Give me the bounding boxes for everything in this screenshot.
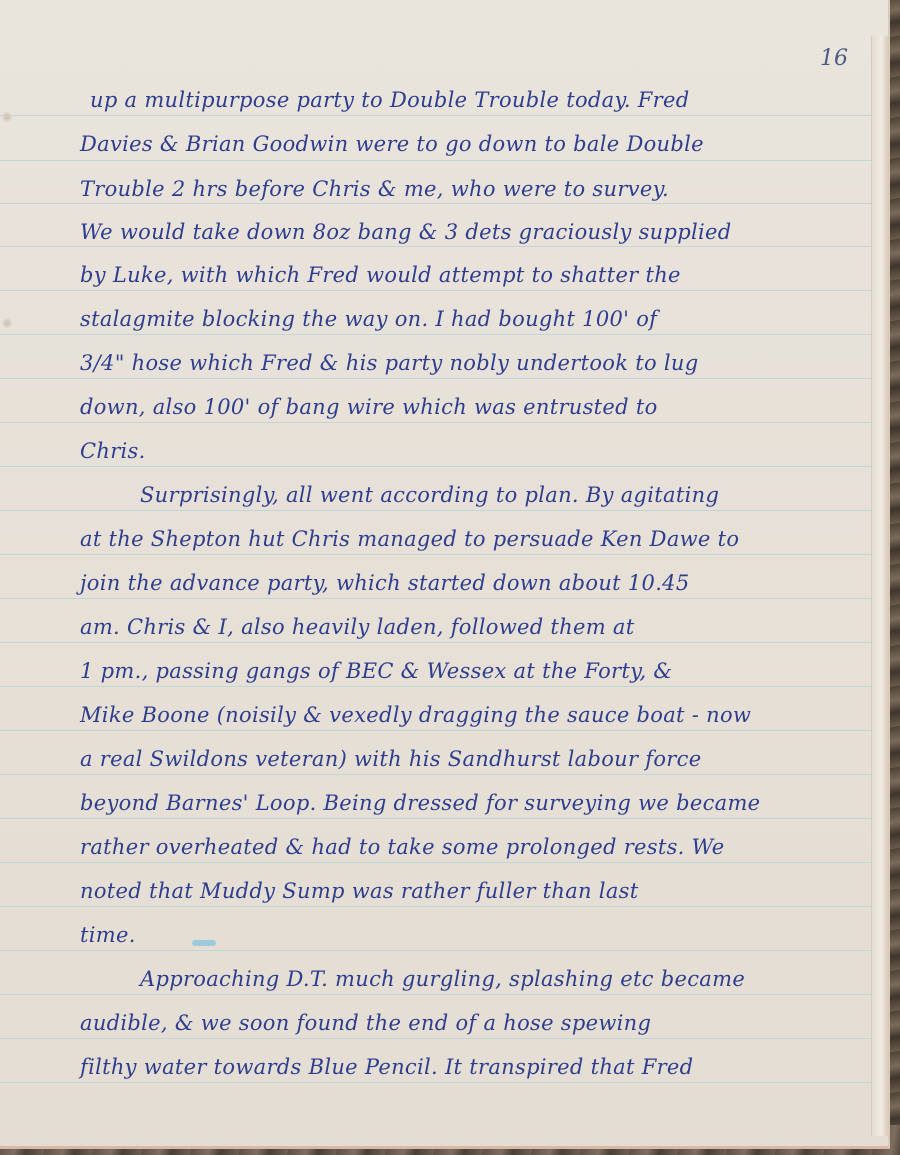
ruled-line bbox=[0, 642, 872, 643]
ruled-line bbox=[0, 906, 872, 907]
text-line: up a multipurpose party to Double Troubl… bbox=[90, 88, 870, 112]
ruled-line bbox=[0, 598, 872, 599]
page-number: 16 bbox=[820, 46, 848, 71]
text-line: at the Shepton hut Chris managed to pers… bbox=[80, 527, 860, 551]
text-line: audible, & we soon found the end of a ho… bbox=[80, 1011, 860, 1035]
text-line: stalagmite blocking the way on. I had bo… bbox=[80, 307, 860, 331]
ink-smudge bbox=[192, 940, 216, 946]
text-line: Chris. bbox=[80, 439, 860, 463]
text-line: join the advance party, which started do… bbox=[80, 571, 860, 595]
ruled-line bbox=[0, 774, 872, 775]
ruled-line bbox=[0, 334, 872, 335]
ruled-line bbox=[0, 950, 872, 951]
ruled-line bbox=[0, 422, 872, 423]
ruled-line bbox=[0, 203, 872, 204]
text-line: 3/4" hose which Fred & his party nobly u… bbox=[80, 351, 860, 375]
text-line: filthy water towards Blue Pencil. It tra… bbox=[80, 1055, 860, 1079]
ruled-line bbox=[0, 730, 872, 731]
text-line: am. Chris & I, also heavily laden, follo… bbox=[80, 615, 860, 639]
ruled-line bbox=[0, 1038, 872, 1039]
punch-hole-mark bbox=[2, 112, 12, 122]
ruled-line bbox=[0, 686, 872, 687]
ruled-line bbox=[0, 994, 872, 995]
text-line: Mike Boone (noisily & vexedly dragging t… bbox=[80, 703, 860, 727]
text-line-paragraph-start: Surprisingly, all went according to plan… bbox=[140, 483, 900, 507]
ruled-line bbox=[0, 160, 872, 161]
text-line: 1 pm., passing gangs of BEC & Wessex at … bbox=[80, 659, 860, 683]
text-line: beyond Barnes' Loop. Being dressed for s… bbox=[80, 791, 860, 815]
text-line-paragraph-start: Approaching D.T. much gurgling, splashin… bbox=[140, 967, 900, 991]
ruled-line bbox=[0, 246, 872, 247]
text-line: a real Swildons veteran) with his Sandhu… bbox=[80, 747, 860, 771]
text-line: We would take down 8oz bang & 3 dets gra… bbox=[80, 220, 860, 244]
text-line: Trouble 2 hrs before Chris & me, who wer… bbox=[80, 177, 860, 201]
ruled-line bbox=[0, 862, 872, 863]
notebook-page: 16 up a multipurpose party to Double Tro… bbox=[0, 0, 890, 1149]
ruled-line bbox=[0, 554, 872, 555]
text-line: by Luke, with which Fred would attempt t… bbox=[80, 263, 860, 287]
ruled-line bbox=[0, 466, 872, 467]
ruled-line bbox=[0, 510, 872, 511]
ruled-line bbox=[0, 378, 872, 379]
punch-hole-mark bbox=[2, 318, 12, 328]
text-line: rather overheated & had to take some pro… bbox=[80, 835, 860, 859]
text-line: Davies & Brian Goodwin were to go down t… bbox=[80, 132, 860, 156]
text-line: down, also 100' of bang wire which was e… bbox=[80, 395, 860, 419]
text-line: noted that Muddy Sump was rather fuller … bbox=[80, 879, 860, 903]
ruled-line bbox=[0, 1082, 872, 1083]
ruled-line bbox=[0, 290, 872, 291]
ruled-line bbox=[0, 115, 872, 116]
ruled-line bbox=[0, 818, 872, 819]
